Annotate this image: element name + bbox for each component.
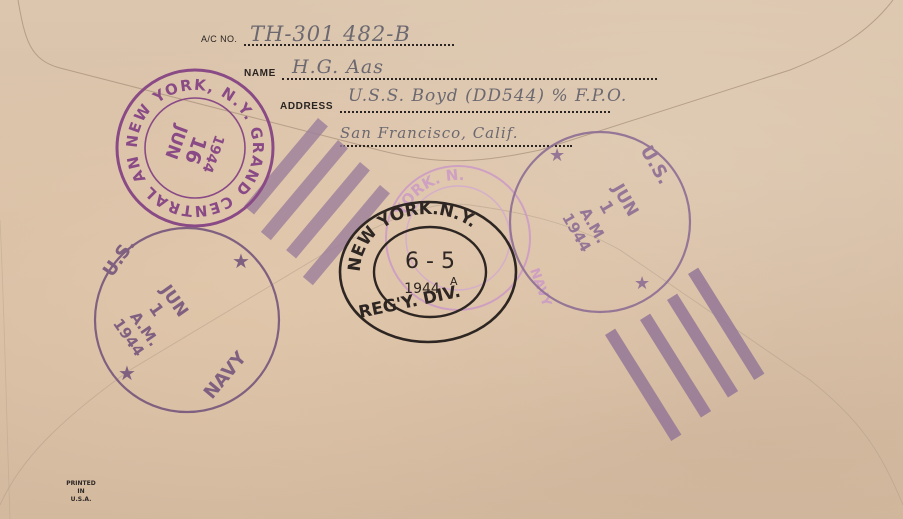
svg-text:NAVY: NAVY <box>526 266 554 309</box>
postmark-us-navy-right: U.S. ★ ★ JUN 1 A.M. 1944 <box>510 132 690 312</box>
svg-text:U.S.: U.S. <box>99 235 140 281</box>
svg-text:★: ★ <box>549 145 565 165</box>
svg-text:1944: 1944 <box>404 281 440 297</box>
svg-text:★: ★ <box>232 251 250 273</box>
svg-text:NEW YORK, N.Y. GRAND CENTRAL A: NEW YORK, N.Y. GRAND CENTRAL ANNEX <box>38 0 267 220</box>
imprint-line-2: IN <box>56 488 106 496</box>
postmark-grand-central-annex: NEW YORK, N.Y. GRAND CENTRAL ANNEX 1944 … <box>38 0 273 226</box>
postmark-us-navy-left: U.S. ★ ★ JUN 1 A.M. 1944 NAVY <box>95 228 279 412</box>
svg-text:A: A <box>450 275 458 288</box>
envelope-back: A/C NO. TH-301 482-B NAME H.G. Aas ADDRE… <box>0 0 903 519</box>
svg-text:★: ★ <box>118 363 136 385</box>
printed-in-usa-imprint: PRINTED IN U.S.A. <box>56 480 106 504</box>
imprint-line-1: PRINTED <box>56 480 106 488</box>
svg-text:6 - 5: 6 - 5 <box>405 249 455 274</box>
svg-text:NAVY: NAVY <box>200 347 252 403</box>
svg-text:★: ★ <box>634 273 650 293</box>
cancel-bars-right <box>605 268 764 441</box>
imprint-line-3: U.S.A. <box>56 496 106 504</box>
postmarks-layer: YORK. N. NAVY NEW YORK, N.Y. GRAND CENTR… <box>0 0 903 519</box>
